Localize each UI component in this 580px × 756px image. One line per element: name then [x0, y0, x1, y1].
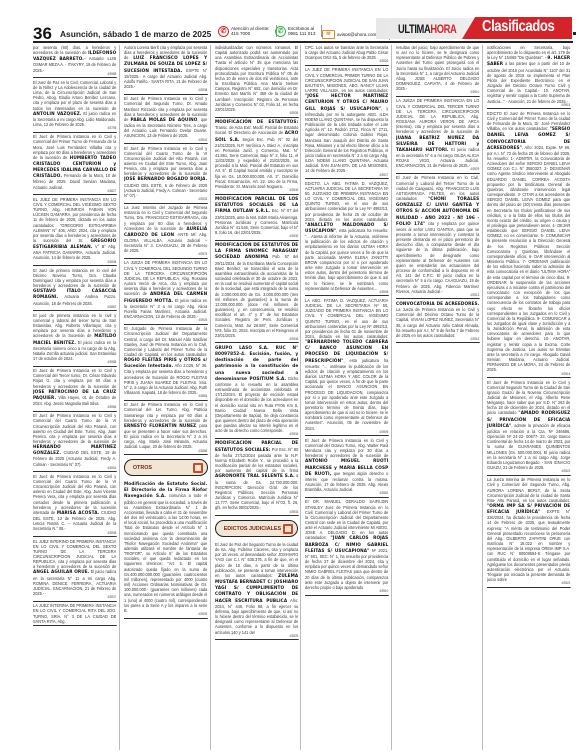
notice-code: 4/3915: [396, 338, 479, 342]
classified-notice: MODIFICACIÓN PARCIAL DE ESTATUTOS SOCIAL…: [215, 440, 298, 516]
notice-text: El Juez de Primera Instancia en lo Civil…: [305, 438, 388, 458]
notice-code: 4/3888: [124, 450, 207, 454]
notice-text: El Juzgado de Primera Instancia de la Ci…: [124, 326, 207, 357]
notice-name: "JOSE HECTOR MARTINEZ CENTURION Y OTROS …: [305, 94, 388, 111]
notice-code: 4/3827: [33, 190, 116, 194]
classified-notice: LA JUEZA DE PRIMERA INSTANCIA EN LO CIVI…: [124, 260, 207, 324]
section-label-text: OTROS: [133, 465, 152, 471]
notice-code: 4/3922: [487, 470, 570, 474]
notice-text: EL JUEZ DE PRIMERA INSTANCIA EN LO CIVIL…: [33, 197, 116, 243]
notice-code: 4/3910: [305, 590, 388, 594]
notice-code: 4/3916: [487, 373, 570, 377]
notice-text: CIUDAD DEL ESTE, 6 de Febrero de 2025 (A…: [124, 183, 207, 198]
section-icon: [283, 524, 293, 534]
classified-notice: LA JUEZ DE PRIMERA INSTANCIA EN LO CIVIL…: [305, 67, 388, 179]
section-label-pill: EDICTOS JUDICIALES: [215, 520, 299, 537]
notice-code: 4/3934: [215, 433, 298, 437]
notice-code: 4/3795: [33, 127, 116, 131]
notice-code: 4/3887: [33, 306, 116, 310]
classified-notice: LA JUEZ INTERINA DE PRIMERA INSTANCIA EN…: [33, 603, 116, 626]
notice-text: Nº 2021, N° 501, SEC. N° 1, ha resuelto …: [305, 548, 388, 590]
notice-text: CPC. Los autos se tramitan ante la Secre…: [305, 45, 388, 60]
classified-notice: La Juez Interino del Juzgado de Primera …: [124, 205, 207, 259]
notice-text: LA JUEZA DE PRIMERA INSTANCIA EN LO CIVI…: [396, 98, 479, 134]
classified-notice: El Juez de Primera Instancia en lo Civil…: [396, 175, 479, 299]
notice-text: Pub. 57 del 29/11/2024, de la Escribana …: [215, 254, 298, 337]
classified-notice: MODIFICACIÓN DE ESTATUTOS: Transc. de Ac…: [215, 119, 298, 195]
column-6: notificaciones en Secretaría, bajo aperc…: [487, 45, 573, 750]
notice-text: a la suma de Gs. 24.730.000.000. INSCRIP…: [215, 473, 298, 510]
classified-notice: El Juez de Primera Instancia en lo Civil…: [33, 413, 116, 472]
notice-code: 4/3908: [33, 261, 116, 265]
notice-text: El Juez de Paz en lo Civil, Comercial, L…: [33, 80, 116, 111]
notice-code: 4/3923: [487, 582, 570, 586]
section-icon: [193, 463, 203, 473]
classified-notice: EDICTO. LA ABG. FATIMA D. VAZQUEZ, ACTUA…: [305, 181, 388, 297]
notice-text: , admite la privación de eficacia jurídi…: [487, 423, 570, 470]
classified-notice: El Juez de Primera Instancia en lo Civil…: [487, 380, 570, 476]
column-4: CPC. Los autos se tramitan ante la Secre…: [305, 45, 392, 750]
classified-notice: El Juzgado de Primera Instancia de la Ci…: [124, 326, 207, 401]
classified-notice: GRUPO LASO S.A. RUC N° 80097852-4. Escis…: [215, 345, 298, 439]
notice-code: 4/3937: [33, 596, 116, 600]
notice-code: 4/3982: [305, 492, 388, 496]
classified-notice: El Juez de Primera Instancia en lo Civil…: [33, 474, 116, 537]
notice-code: 4/3929: [396, 168, 479, 172]
whatsapp-icon: ✆: [275, 26, 286, 37]
notice-text: cita y emplaza por quince veces al señor…: [396, 221, 479, 294]
notice-code: 4/3940: [215, 189, 298, 193]
phone-icon: ✆: [218, 26, 229, 37]
classified-notice: El Juez de Paz en lo Civil, Comercial, L…: [33, 80, 116, 133]
classified-notice: MODIFICACION DE ESTATUTOS DE LA FIRMA SI…: [215, 242, 298, 343]
notice-text: , esta judicatura ha resuelto: "... ordé…: [305, 358, 388, 431]
classified-notice: EL JUEZ INTERINO DE PRIMERA INSTANCIA EN…: [33, 539, 116, 602]
classified-notice: El DR. MANUEL GERALDO SAIFILDIN STANLEY …: [305, 499, 388, 595]
notice-text: LA JUEZ INTERINA DE PRIMERA INSTANCIA EN…: [33, 603, 116, 623]
notice-text: El Juez de Primera Instancia en lo Civil…: [33, 474, 116, 515]
notice-text: EDICTO. LA ABG. FATIMA D. VAZQUEZ, ACTUA…: [305, 181, 388, 222]
notice-code: 4/3975: [124, 253, 207, 257]
classified-notice: La Jueza Interina de Primera Instancia e…: [487, 477, 570, 588]
classified-notice: LA ABG. FATIMA D. VAZQUEZ, ACTUARIA JUDI…: [305, 298, 388, 436]
notice-text: , Año: 2024, Expte. Nº 66, por A.I. N° 7…: [487, 145, 570, 373]
notice-text: a las partes que a partir del 10 de octu…: [487, 61, 570, 103]
classified-notice: El Juez de Primera Instancia en lo Civil…: [124, 146, 207, 204]
classified-notice: El Juez de Paz del Segundo Turno de la c…: [215, 542, 298, 640]
column-2: Aurora Lorena Berlt cita y emplaza por s…: [124, 45, 211, 750]
notice-text: El Juez de Primera Instancia en lo Civil…: [124, 402, 207, 422]
column-1: por sesenta (60) días, a herederos y acr…: [33, 45, 120, 750]
section-label-pill: OTROS: [124, 459, 208, 476]
classified-notice: El Juez de Primera Instancia en lo Civil…: [33, 368, 116, 412]
notice-text: LA JUEZ DE PRIMERA INSTANCIA EN LO CIVIL…: [305, 67, 388, 93]
notice-code: 4/3988: [33, 73, 116, 77]
classified-notice: Modificación de Estatuto Social. El Dire…: [124, 481, 207, 618]
classified-notice: CONVOCATORIA DE ACREEDORES. La Jueza de …: [396, 301, 479, 344]
classified-notice: El Juez de Primera Instancia en lo Civil…: [305, 438, 388, 498]
notice-code: 4/3986: [33, 406, 116, 410]
notice-text: EXPTE N° 326/2024, ha dictado la provide…: [487, 509, 570, 582]
notice-code: 4/3933: [124, 198, 207, 202]
classified-notice: El Juez de Primera Instancia en lo Civil…: [33, 134, 116, 195]
notice-text: El Juez de Paz del Segundo Turno de la c…: [215, 542, 298, 578]
notice-code: 4/3941: [124, 139, 207, 143]
brand-logo: ULTIMAHORA: [398, 22, 456, 36]
notice-code: 4/3910: [396, 91, 479, 95]
classified-notice: CPC. Los autos se tramitan ante la Secre…: [305, 45, 388, 66]
notice-code: 4/3926: [305, 60, 388, 64]
notice-text: comunica a todo el público en general qu…: [124, 493, 207, 612]
contact-whatsapp: ✆ Escribinos al0981 111 013: [275, 25, 322, 37]
section-label-text: EDICTOS JUDICIALES: [224, 526, 281, 532]
page-header: 36 Asunción, sábado 1 de marzo de 2025 ✆…: [0, 0, 580, 44]
column-3: individualizadas con números romanos. El…: [215, 45, 302, 750]
classified-notice: El juez de primera instancia en lo civil…: [33, 313, 116, 367]
notice-text: Año: 2024, N° 446, Folio 68, a fin ejerc…: [215, 598, 298, 635]
notice-text: El Juez de Primera Instancia en lo Civil…: [33, 413, 116, 444]
notice-code: 4/3909: [305, 431, 388, 435]
notice-code: 4/3936: [215, 338, 298, 342]
column-5: resultas del juicio, bajo apercibimiento…: [396, 45, 483, 750]
notice-text: resultas del juicio, bajo apercibimiento…: [396, 45, 479, 91]
decorative-dot: [573, 32, 576, 35]
notice-code: 4/3904: [33, 467, 116, 471]
notice-text: El Juez de primera instancia en lo civil…: [33, 268, 116, 288]
classified-notice: El Juez de Primera Instancia en lo Civil…: [124, 96, 207, 144]
classified-notice: EL JUEZ DE PRIMERA INSTANCIA EN LO CIVIL…: [33, 197, 116, 266]
classified-notice: resultas del juicio, bajo apercibimiento…: [396, 45, 479, 97]
notice-text: individualizadas con números romanos. El…: [215, 45, 298, 112]
notice-text: Dicho conforme a lo resuelto en la asamb…: [215, 376, 298, 434]
classifieds-columns: por sesenta (60) días, a herederos y acr…: [33, 45, 573, 750]
classified-notice: individualizadas con números romanos. El…: [215, 45, 298, 118]
notice-text: LA ABG. FATIMA D. VAZQUEZ, ACTUARIA JUDI…: [305, 298, 388, 339]
classified-notice: notificaciones en Secretaría, bajo aperc…: [487, 45, 570, 109]
classified-notice: EDICTO El Juez de Primera Instancia en l…: [487, 111, 570, 378]
notice-text: El Juez de Primera Instancia en lo Civil…: [487, 380, 570, 416]
notice-code: 4/3927: [305, 174, 388, 178]
section-title: Clasificados: [462, 17, 572, 39]
notice-text: La Jueza de Primera Instancia en lo Civi…: [396, 307, 479, 338]
notice-text: El Juez de Primera Instancia en lo Civil…: [124, 146, 207, 177]
notice-code: 4/3939: [124, 613, 207, 617]
notice-code: 4/3908: [305, 291, 388, 295]
notice-code: 4/3933: [215, 511, 298, 515]
notice-text: El DR. MANUEL GERALDO SAIFILDIN STANLEY …: [305, 499, 388, 540]
classified-notice: Aurora Lorena Berlt cita y emplaza por s…: [124, 45, 207, 95]
header-rule: [33, 41, 573, 43]
notice-text: El Juez de Primera Instancia en lo Civil…: [33, 368, 116, 388]
notice-code: 4/3915: [487, 104, 570, 108]
mail-icon: ✉: [322, 30, 335, 39]
notice-code: 4/3930: [215, 235, 298, 239]
notice-code: 4/3939: [215, 112, 298, 116]
notice-text: , esta judicatura ha resuelto: "... Aten…: [305, 228, 388, 291]
notice-text: EL JUEZ INTERINO DE PRIMERA INSTANCIA EN…: [33, 539, 116, 570]
notice-code: 4/3985: [33, 361, 116, 365]
contact-phone: ✆ Atención al cliente:415 7000: [218, 25, 277, 37]
notice-code: 4/3913: [396, 294, 479, 298]
notice-text: Según Esc. Pub. N° 02 del 21/01/2025, N.…: [215, 137, 298, 189]
notice-name: ZULEMA MUSTAFA BERNADET C/ JOSHIARO YAGI…: [215, 574, 298, 604]
notice-text: , y refrendado por mi la autorgante ABG.…: [305, 106, 388, 174]
notice-code: 4/3883: [124, 395, 207, 399]
classified-notice: MODIFICACION PARCIAL DE LOS ESTATUTOS SO…: [215, 196, 298, 241]
notice-text: La Jueza Interina de Primera Instancia e…: [487, 477, 570, 503]
classified-notice: por sesenta (60) días, a herederos y acr…: [33, 45, 116, 78]
classified-notice: LA JUEZA DE PRIMERA INSTANCIA EN LO CIVI…: [396, 98, 479, 174]
page-date: Asunción, sábado 1 de marzo de 2025: [60, 29, 211, 39]
notice-code: 4/3938: [124, 89, 207, 93]
notice-code: 4/3908: [33, 532, 116, 536]
notice-code: 4/3926: [124, 319, 207, 323]
notice-code: 4/3925: [215, 635, 298, 639]
notice-text: LA JUEZA DE PRIMERA INSTANCIA EN LO CIVI…: [124, 260, 207, 296]
classified-notice: El Juez de Primera Instancia en lo Civil…: [124, 402, 207, 455]
classified-notice: El Juez de primera instancia en lo civil…: [33, 268, 116, 312]
